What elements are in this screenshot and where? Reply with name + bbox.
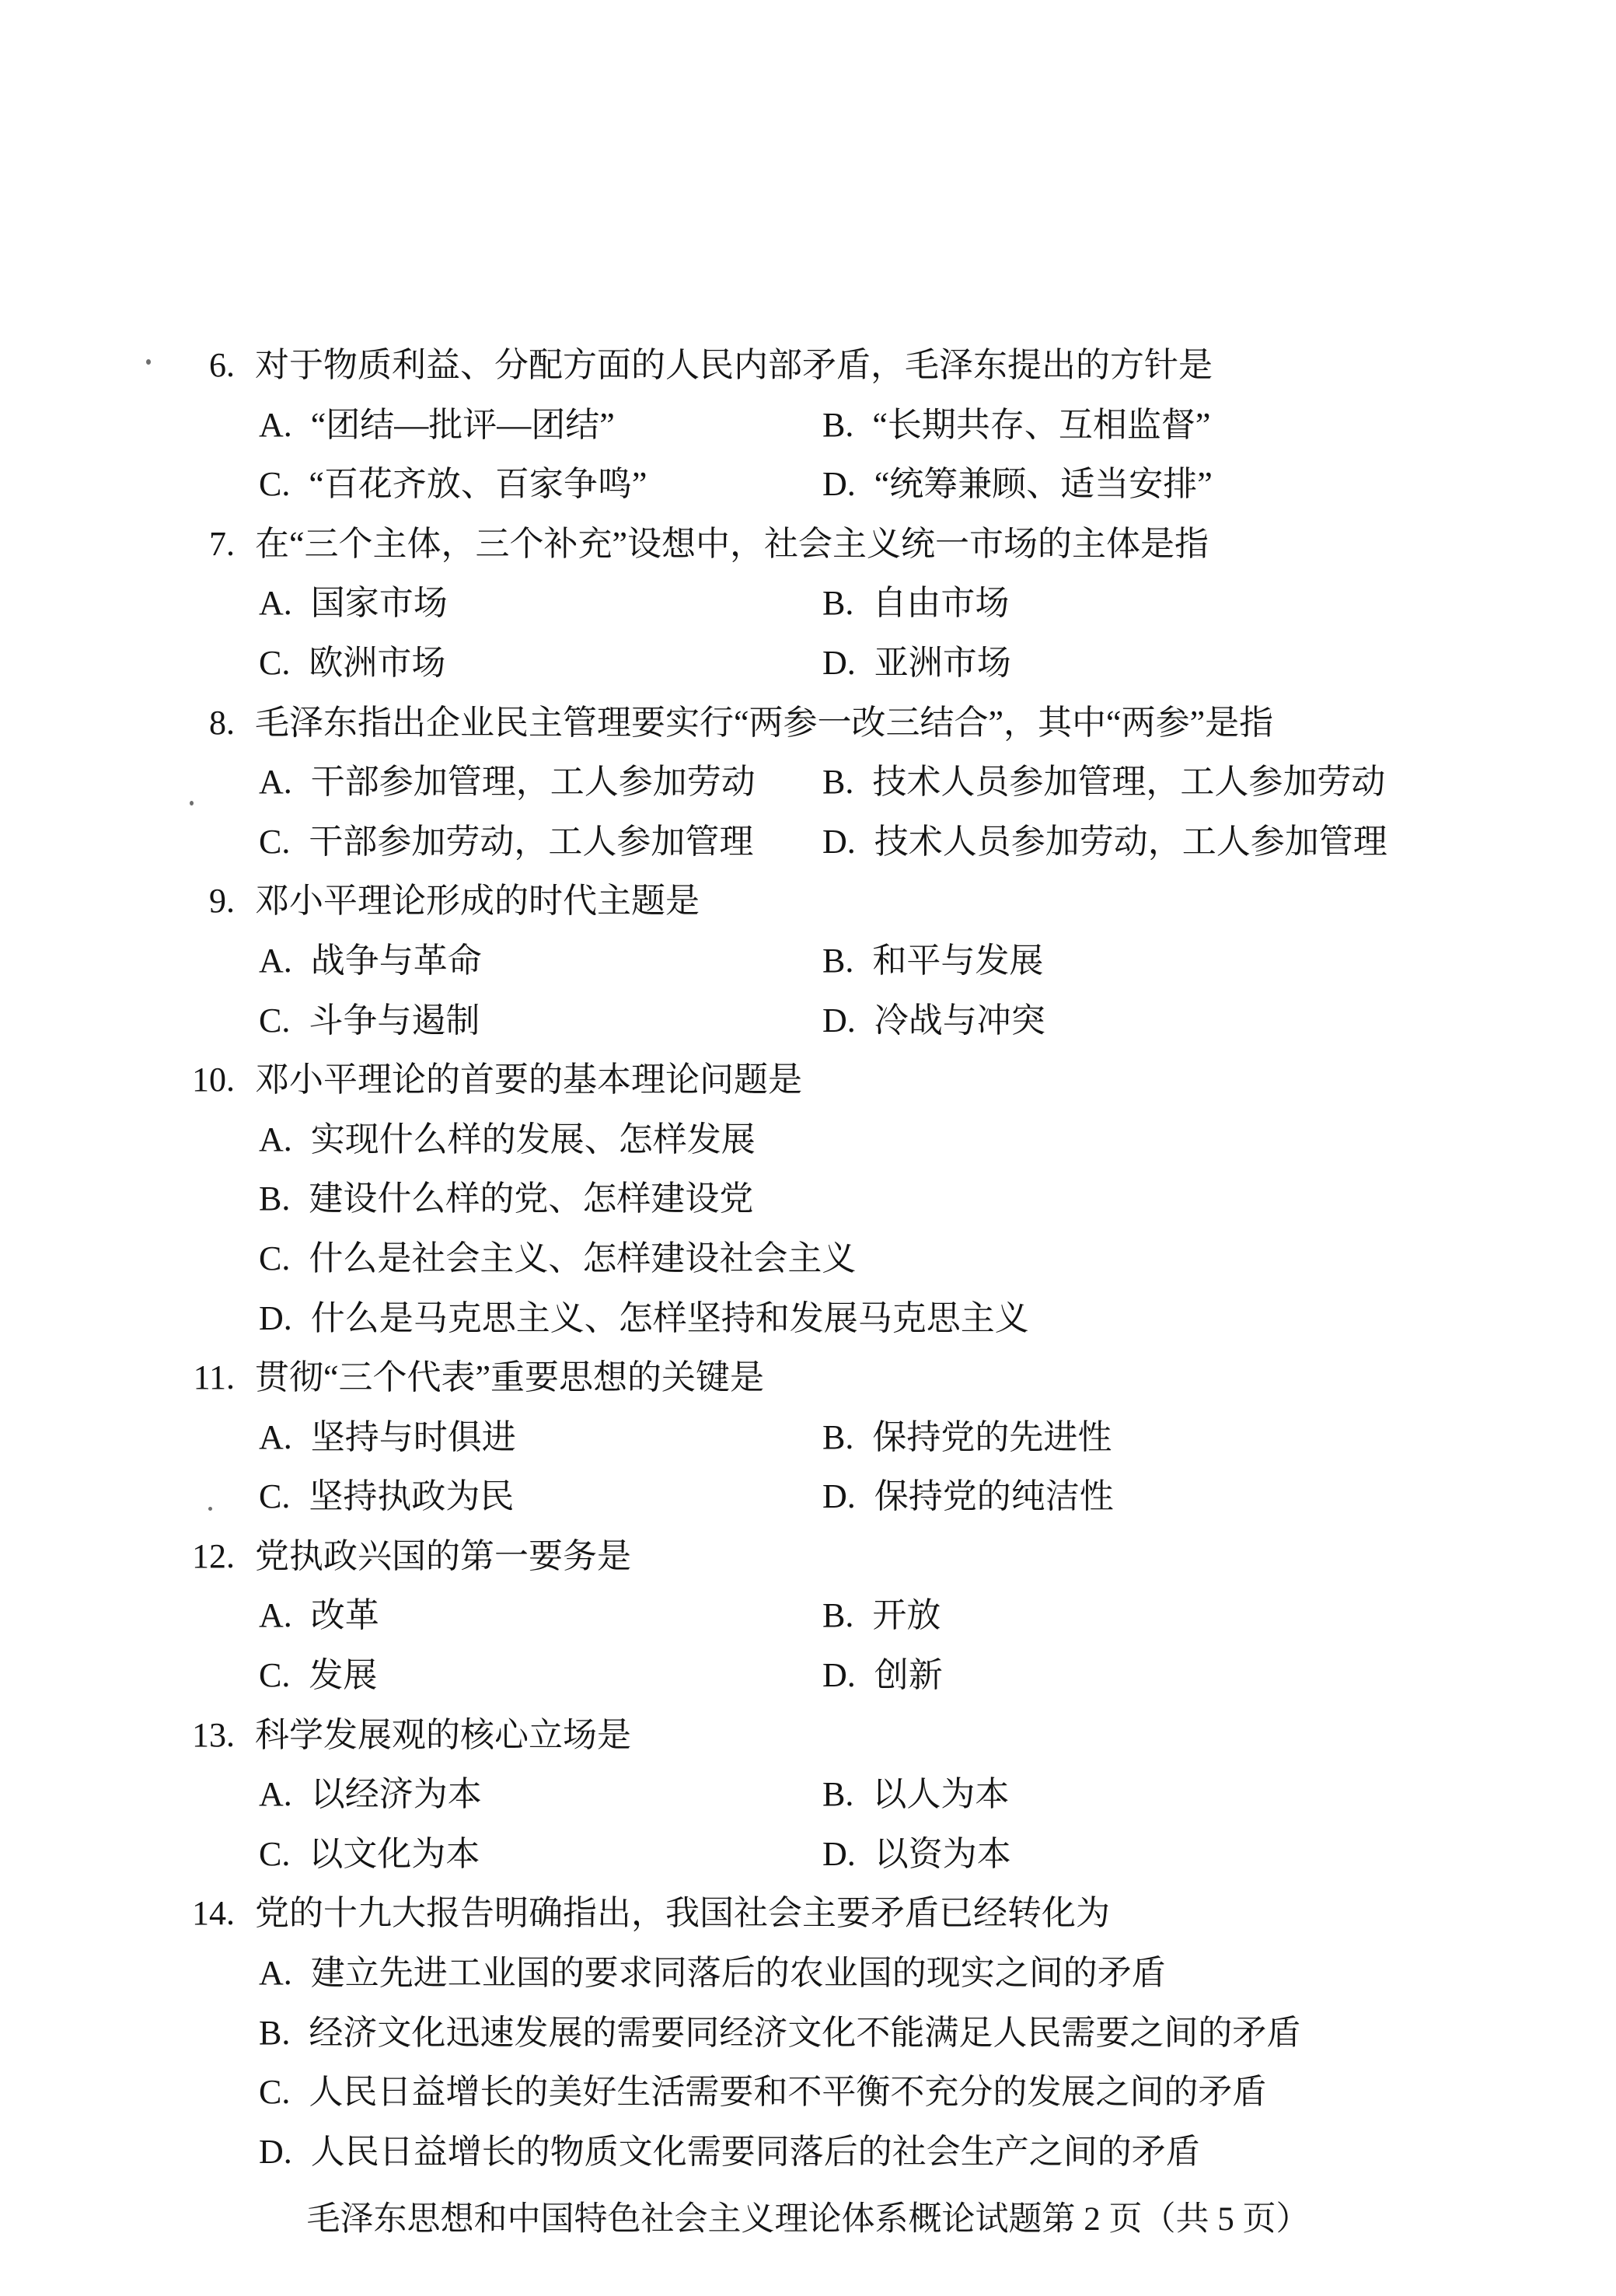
option: D.冷战与冲突 bbox=[822, 991, 1045, 1051]
option: A.战争与革命 bbox=[259, 931, 482, 991]
question-row: 12.党执政兴国的第一要务是 bbox=[0, 1527, 1616, 1587]
option: D.人民日益增长的物质文化需要同落后的社会生产之间的矛盾 bbox=[259, 2123, 1200, 2182]
option: A.国家市场 bbox=[259, 574, 448, 634]
option-letter: B. bbox=[822, 931, 853, 991]
option: C.欧洲市场 bbox=[259, 634, 445, 694]
question-stem: 党的十九大报告明确指出，我国社会主要矛盾已经转化为 bbox=[255, 1884, 1110, 1944]
option-letter: C. bbox=[259, 634, 290, 694]
option-text: 创新 bbox=[874, 1656, 943, 1694]
option: B.建设什么样的党、怎样建设党 bbox=[259, 1169, 753, 1229]
exam-page: 6.对于物质利益、分配方面的人民内部矛盾，毛泽东提出的方针是A.“团结—批评—团… bbox=[0, 0, 1616, 2296]
option: C.以文化为本 bbox=[259, 1825, 480, 1885]
option-text: 和平与发展 bbox=[872, 942, 1043, 980]
option-text: 以经济为本 bbox=[311, 1775, 482, 1813]
option: B.“长期共存、互相监督” bbox=[822, 396, 1210, 456]
option-row: D.人民日益增长的物质文化需要同落后的社会生产之间的矛盾 bbox=[0, 2123, 1616, 2182]
option-row: C.干部参加劳动，工人参加管理D.技术人员参加劳动，工人参加管理 bbox=[0, 813, 1616, 872]
option-letter: D. bbox=[822, 634, 856, 694]
option-letter: C. bbox=[259, 1229, 290, 1289]
question-number: 7. bbox=[155, 515, 235, 575]
option-text: 人民日益增长的美好生活需要和不平衡不充分的发展之间的矛盾 bbox=[309, 2073, 1266, 2111]
option: D.创新 bbox=[822, 1646, 943, 1706]
option-text: 干部参加劳动，工人参加管理 bbox=[309, 823, 753, 861]
option: B.保持党的先进性 bbox=[822, 1408, 1112, 1468]
option-row: A.以经济为本B.以人为本 bbox=[0, 1765, 1616, 1825]
option-text: 干部参加管理，工人参加劳动 bbox=[311, 763, 756, 801]
option-row: A.战争与革命B.和平与发展 bbox=[0, 931, 1616, 991]
option-text: “百花齐放、百家争鸣” bbox=[309, 465, 647, 503]
option-row: B.建设什么样的党、怎样建设党 bbox=[0, 1169, 1616, 1229]
option-row: C.以文化为本D.以资为本 bbox=[0, 1825, 1616, 1885]
option-row: C.斗争与遏制D.冷战与冲突 bbox=[0, 991, 1616, 1051]
question-stem: 党执政兴国的第一要务是 bbox=[255, 1527, 631, 1587]
option-letter: D. bbox=[822, 991, 856, 1051]
question-number: 8. bbox=[155, 694, 235, 753]
option-row: D.什么是马克思主义、怎样坚持和发展马克思主义 bbox=[0, 1289, 1616, 1349]
option-letter: C. bbox=[259, 813, 290, 872]
option-letter: B. bbox=[259, 1169, 290, 1229]
option-text: 保持党的先进性 bbox=[872, 1418, 1112, 1456]
option-text: “统筹兼顾、适当安排” bbox=[874, 465, 1213, 503]
question-stem: 对于物质利益、分配方面的人民内部矛盾，毛泽东提出的方针是 bbox=[255, 336, 1213, 396]
option-row: A.坚持与时俱进B.保持党的先进性 bbox=[0, 1408, 1616, 1468]
question-number: 14. bbox=[155, 1884, 235, 1944]
question-number: 11. bbox=[155, 1348, 235, 1408]
option-letter: D. bbox=[822, 1825, 856, 1885]
option-letter: C. bbox=[259, 1646, 290, 1706]
option: A.“团结—批评—团结” bbox=[259, 396, 615, 456]
question-number: 12. bbox=[155, 1527, 235, 1587]
option-letter: B. bbox=[822, 396, 853, 456]
question-stem: 科学发展观的核心立场是 bbox=[255, 1706, 631, 1766]
option: D.什么是马克思主义、怎样坚持和发展马克思主义 bbox=[259, 1289, 1029, 1349]
option-text: 建设什么样的党、怎样建设党 bbox=[309, 1179, 753, 1218]
option: C.什么是社会主义、怎样建设社会主义 bbox=[259, 1229, 856, 1289]
option-text: 人民日益增长的物质文化需要同落后的社会生产之间的矛盾 bbox=[311, 2133, 1200, 2171]
question-row: 6.对于物质利益、分配方面的人民内部矛盾，毛泽东提出的方针是 bbox=[0, 336, 1616, 396]
question-row: 10.邓小平理论的首要的基本理论问题是 bbox=[0, 1050, 1616, 1110]
option: B.以人为本 bbox=[822, 1765, 1009, 1825]
option: D.技术人员参加劳动，工人参加管理 bbox=[822, 813, 1387, 872]
question-number: 13. bbox=[155, 1706, 235, 1766]
question-number: 10. bbox=[155, 1050, 235, 1110]
option-letter: A. bbox=[259, 574, 292, 634]
question-stem: 邓小平理论的首要的基本理论问题是 bbox=[255, 1050, 802, 1110]
option-letter: A. bbox=[259, 1110, 292, 1170]
option-letter: B. bbox=[822, 574, 853, 634]
option-letter: A. bbox=[259, 1765, 292, 1825]
option-row: A.改革B.开放 bbox=[0, 1586, 1616, 1646]
option-row: C.人民日益增长的美好生活需要和不平衡不充分的发展之间的矛盾 bbox=[0, 2063, 1616, 2123]
option-letter: D. bbox=[259, 1289, 292, 1349]
option-text: 开放 bbox=[872, 1596, 941, 1634]
question-row: 13.科学发展观的核心立场是 bbox=[0, 1706, 1616, 1766]
option-text: 技术人员参加劳动，工人参加管理 bbox=[874, 823, 1387, 861]
option-row: C.“百花齐放、百家争鸣”D.“统筹兼顾、适当安排” bbox=[0, 455, 1616, 515]
option-letter: A. bbox=[259, 1944, 292, 2004]
option-letter: B. bbox=[822, 1586, 853, 1646]
option-letter: C. bbox=[259, 455, 290, 515]
option-text: 发展 bbox=[309, 1656, 377, 1694]
option-text: 什么是马克思主义、怎样坚持和发展马克思主义 bbox=[311, 1299, 1029, 1337]
questions-list: 6.对于物质利益、分配方面的人民内部矛盾，毛泽东提出的方针是A.“团结—批评—团… bbox=[0, 336, 1616, 2182]
option: C.坚持执政为民 bbox=[259, 1467, 514, 1527]
option: A.以经济为本 bbox=[259, 1765, 482, 1825]
option-row: B.经济文化迅速发展的需要同经济文化不能满足人民需要之间的矛盾 bbox=[0, 2004, 1616, 2064]
option: C.干部参加劳动，工人参加管理 bbox=[259, 813, 753, 872]
option: D.亚洲市场 bbox=[822, 634, 1011, 694]
option-text: 改革 bbox=[311, 1596, 379, 1634]
option-letter: D. bbox=[822, 1467, 856, 1527]
option-letter: D. bbox=[259, 2123, 292, 2182]
option: B.和平与发展 bbox=[822, 931, 1043, 991]
option-row: C.坚持执政为民D.保持党的纯洁性 bbox=[0, 1467, 1616, 1527]
option-row: C.什么是社会主义、怎样建设社会主义 bbox=[0, 1229, 1616, 1289]
option-text: 战争与革命 bbox=[311, 942, 482, 980]
option: A.干部参加管理，工人参加劳动 bbox=[259, 753, 756, 813]
option: A.建立先进工业国的要求同落后的农业国的现实之间的矛盾 bbox=[259, 1944, 1166, 2004]
option-row: A.国家市场B.自由市场 bbox=[0, 574, 1616, 634]
option-text: 保持党的纯洁性 bbox=[874, 1477, 1114, 1515]
option-letter: C. bbox=[259, 1825, 290, 1885]
option-letter: B. bbox=[259, 2004, 290, 2064]
option: C.“百花齐放、百家争鸣” bbox=[259, 455, 647, 515]
option-letter: A. bbox=[259, 931, 292, 991]
option-letter: A. bbox=[259, 396, 292, 456]
option-text: “团结—批评—团结” bbox=[311, 406, 615, 444]
option-text: 国家市场 bbox=[311, 584, 448, 622]
option: D.以资为本 bbox=[822, 1825, 1011, 1885]
option-letter: B. bbox=[822, 753, 853, 813]
option-letter: A. bbox=[259, 753, 292, 813]
option-text: 欧洲市场 bbox=[309, 644, 445, 682]
option: D.“统筹兼顾、适当安排” bbox=[822, 455, 1213, 515]
option-text: 以资为本 bbox=[874, 1835, 1011, 1873]
option: B.经济文化迅速发展的需要同经济文化不能满足人民需要之间的矛盾 bbox=[259, 2004, 1300, 2064]
option: A.改革 bbox=[259, 1586, 379, 1646]
page-footer: 毛泽东思想和中国特色社会主义理论体系概论试题第 2 页（共 5 页） bbox=[0, 2194, 1616, 2245]
option: C.斗争与遏制 bbox=[259, 991, 480, 1051]
option: C.发展 bbox=[259, 1646, 377, 1706]
option-text: 坚持执政为民 bbox=[309, 1477, 514, 1515]
option-text: 亚洲市场 bbox=[874, 644, 1011, 682]
option-text: 斗争与遏制 bbox=[309, 1001, 480, 1040]
option-row: A.干部参加管理，工人参加劳动B.技术人员参加管理，工人参加劳动 bbox=[0, 753, 1616, 813]
option-letter: B. bbox=[822, 1765, 853, 1825]
option-letter: C. bbox=[259, 991, 290, 1051]
question-row: 14.党的十九大报告明确指出，我国社会主要矛盾已经转化为 bbox=[0, 1884, 1616, 1944]
option-row: A.“团结—批评—团结”B.“长期共存、互相监督” bbox=[0, 396, 1616, 456]
option-row: A.建立先进工业国的要求同落后的农业国的现实之间的矛盾 bbox=[0, 1944, 1616, 2004]
option-text: 坚持与时俱进 bbox=[311, 1418, 516, 1456]
option: A.实现什么样的发展、怎样发展 bbox=[259, 1110, 756, 1170]
option-text: 建立先进工业国的要求同落后的农业国的现实之间的矛盾 bbox=[311, 1954, 1166, 1992]
question-row: 11.贯彻“三个代表”重要思想的关键是 bbox=[0, 1348, 1616, 1408]
question-stem: 在“三个主体，三个补充”设想中，社会主义统一市场的主体是指 bbox=[255, 515, 1209, 575]
option-text: 实现什么样的发展、怎样发展 bbox=[311, 1120, 756, 1158]
option-text: 经济文化迅速发展的需要同经济文化不能满足人民需要之间的矛盾 bbox=[309, 2014, 1300, 2052]
option-text: 以文化为本 bbox=[309, 1835, 480, 1873]
option: D.保持党的纯洁性 bbox=[822, 1467, 1114, 1527]
option-text: 自由市场 bbox=[872, 584, 1009, 622]
option-text: “长期共存、互相监督” bbox=[872, 406, 1210, 444]
option-letter: B. bbox=[822, 1408, 853, 1468]
option-text: 冷战与冲突 bbox=[874, 1001, 1045, 1040]
option-letter: D. bbox=[822, 455, 856, 515]
option-letter: C. bbox=[259, 2063, 290, 2123]
option: A.坚持与时俱进 bbox=[259, 1408, 516, 1468]
option-text: 技术人员参加管理，工人参加劳动 bbox=[872, 763, 1385, 801]
option-letter: A. bbox=[259, 1408, 292, 1468]
option: B.开放 bbox=[822, 1586, 941, 1646]
question-stem: 毛泽东指出企业民主管理要实行“两参一改三结合”，其中“两参”是指 bbox=[255, 694, 1273, 753]
option-row: C.发展D.创新 bbox=[0, 1646, 1616, 1706]
question-number: 9. bbox=[155, 872, 235, 931]
option: C.人民日益增长的美好生活需要和不平衡不充分的发展之间的矛盾 bbox=[259, 2063, 1266, 2123]
option: B.自由市场 bbox=[822, 574, 1009, 634]
option-text: 什么是社会主义、怎样建设社会主义 bbox=[309, 1239, 856, 1277]
question-row: 8.毛泽东指出企业民主管理要实行“两参一改三结合”，其中“两参”是指 bbox=[0, 694, 1616, 753]
option-text: 以人为本 bbox=[872, 1775, 1009, 1813]
option: B.技术人员参加管理，工人参加劳动 bbox=[822, 753, 1385, 813]
option-letter: C. bbox=[259, 1467, 290, 1527]
question-stem: 邓小平理论形成的时代主题是 bbox=[255, 872, 700, 931]
question-stem: 贯彻“三个代表”重要思想的关键是 bbox=[255, 1348, 764, 1408]
question-row: 7.在“三个主体，三个补充”设想中，社会主义统一市场的主体是指 bbox=[0, 515, 1616, 575]
option-letter: A. bbox=[259, 1586, 292, 1646]
option-row: C.欧洲市场D.亚洲市场 bbox=[0, 634, 1616, 694]
option-letter: D. bbox=[822, 1646, 856, 1706]
option-letter: D. bbox=[822, 813, 856, 872]
question-row: 9.邓小平理论形成的时代主题是 bbox=[0, 872, 1616, 931]
question-number: 6. bbox=[155, 336, 235, 396]
option-row: A.实现什么样的发展、怎样发展 bbox=[0, 1110, 1616, 1170]
